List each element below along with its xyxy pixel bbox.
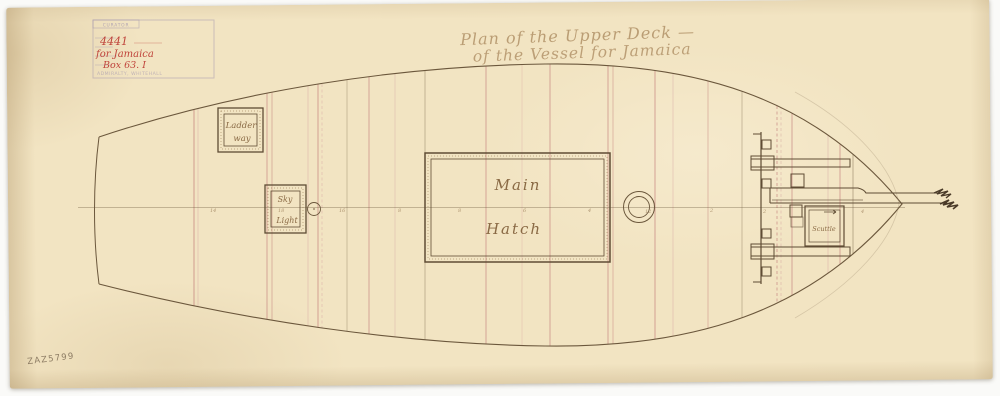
- main-hatch-label-2: Hatch: [485, 220, 542, 238]
- ladder-way-hatch: Ladder way: [218, 108, 263, 152]
- station-mark: 8: [458, 208, 461, 214]
- station-mark: 16: [339, 208, 346, 214]
- main-hatch-label-1: Main: [494, 176, 542, 194]
- stamp-red-ship: for Jamaica: [95, 49, 154, 60]
- ladder-way-label-1: Ladder: [225, 121, 258, 131]
- scuttle-label: Scuttle: [812, 225, 836, 233]
- stamp-footer-text: ADMIRALTY, WHITEHALL: [97, 71, 162, 77]
- aft-cross-beam-cap: [751, 244, 774, 259]
- station-mark: 2: [762, 209, 766, 215]
- sky-light-label-2: Light: [275, 216, 298, 225]
- drawing-title: Plan of the Upper Deck — of the Vessel f…: [459, 22, 696, 66]
- station-mark: 18: [278, 208, 284, 214]
- stern-transom-line: [95, 137, 100, 284]
- sky-light-label-1: Sky: [278, 195, 293, 204]
- scuttle-arrow-mark: [824, 210, 836, 214]
- catalog-number: ZAZ5799: [27, 351, 75, 367]
- station-mark: 6: [523, 208, 527, 214]
- scanned-ship-plan: Ladder way Sky Light Main Hatch: [0, 0, 1000, 396]
- small-deck-ring-center: [313, 208, 315, 210]
- archive-stamp: CURATOR ADMIRALTY, WHITEHALL 4441 for Ja…: [93, 20, 214, 78]
- hull-outline: [99, 64, 902, 346]
- ladder-way-label-2: way: [233, 134, 250, 144]
- bitts-block: [762, 179, 771, 188]
- bowsprit-break-zigzag: [940, 200, 958, 209]
- station-mark: 8: [398, 208, 401, 214]
- sky-light-hatch: Sky Light: [265, 185, 306, 233]
- fore-cross-beam-cap: [751, 156, 774, 170]
- station-mark: 14: [210, 208, 216, 214]
- station-mark: 12: [645, 209, 651, 215]
- stamp-header-text: CURATOR: [103, 23, 130, 29]
- bitts-block: [762, 140, 771, 149]
- deck-station-lines: [194, 40, 853, 372]
- station-mark: 4: [860, 209, 864, 215]
- bitts-block: [762, 229, 771, 238]
- bowsprit-chock-upper: [791, 174, 804, 187]
- stamp-red-box: Box 63. I: [102, 60, 146, 71]
- stamp-red-number: 4441: [99, 35, 128, 48]
- station-mark: 2: [709, 208, 713, 214]
- mast-hole: [624, 192, 655, 223]
- bitts-block: [762, 267, 771, 276]
- aft-cross-beam: [751, 247, 850, 256]
- bowsprit-upper-line: [770, 188, 941, 203]
- fore-cross-beam: [751, 159, 850, 167]
- station-mark: 4: [587, 208, 591, 214]
- ship-plan-drawing: Ladder way Sky Light Main Hatch: [0, 0, 1000, 396]
- bowsprit-chock-step: [791, 217, 803, 227]
